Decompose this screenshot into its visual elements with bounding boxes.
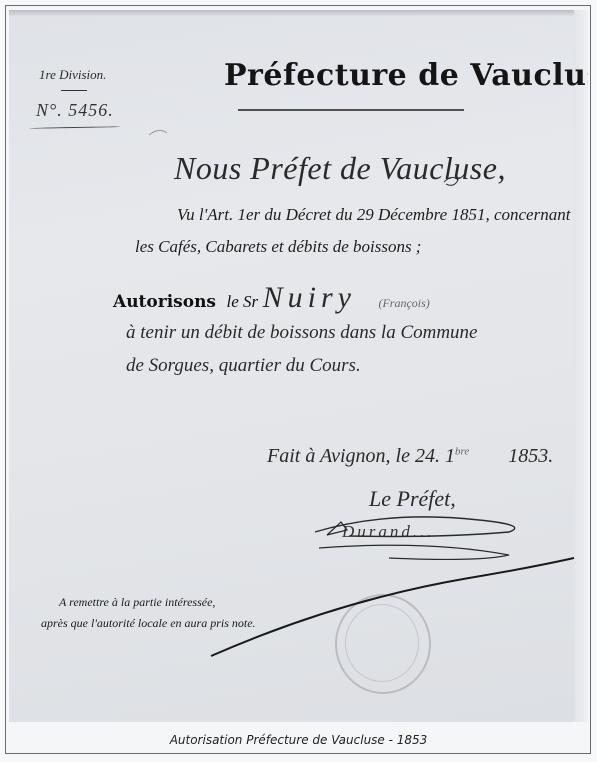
caption: Autorisation Préfecture de Vaucluse - 18… <box>0 733 597 747</box>
ink-flourishes <box>9 10 588 722</box>
document-photo: 1re Division. N°. 5456. Préfecture de Va… <box>9 10 588 722</box>
